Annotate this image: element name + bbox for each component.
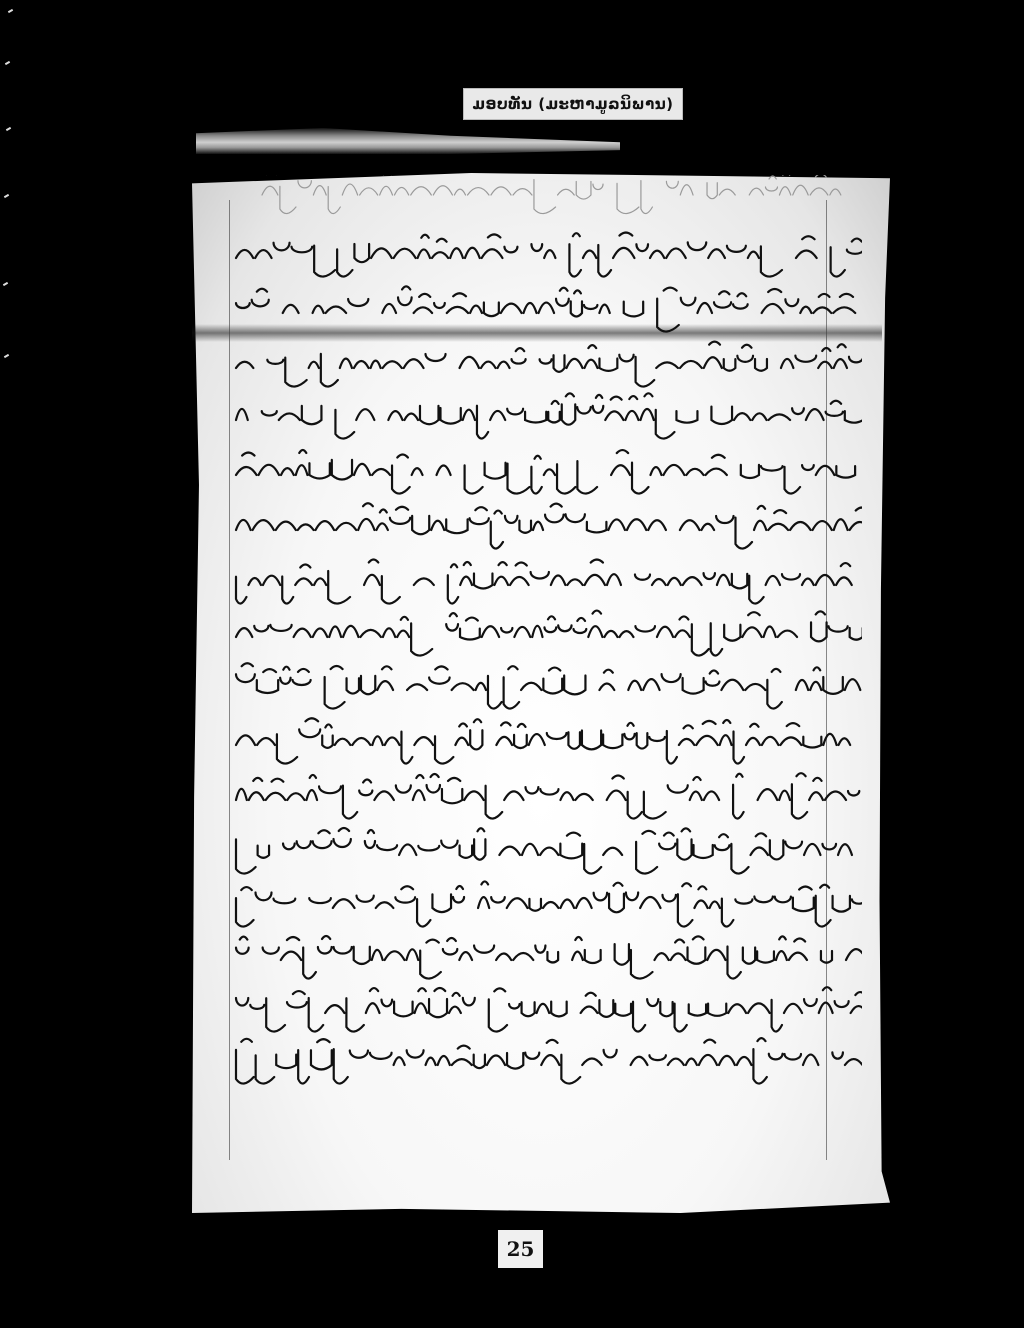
collection-title-label: ມອບທັນ (ມະຫາມູລນິພານ) xyxy=(463,88,683,120)
script-line xyxy=(236,936,862,979)
scan-speck xyxy=(4,354,9,358)
script-line xyxy=(262,175,841,214)
scan-speck xyxy=(8,9,13,13)
script-line xyxy=(236,663,860,708)
scan-speck xyxy=(4,194,9,198)
script-line xyxy=(236,773,859,818)
script-line xyxy=(236,503,862,548)
script-line xyxy=(236,393,862,438)
script-line xyxy=(236,450,855,494)
script-line xyxy=(236,233,862,277)
script-line xyxy=(236,286,855,331)
scan-speck xyxy=(6,127,11,131)
script-line xyxy=(236,987,862,1031)
script-line xyxy=(236,1038,862,1083)
scan-speck xyxy=(5,61,10,65)
script-line xyxy=(236,611,862,656)
page-number: 25 xyxy=(498,1230,543,1268)
script-line xyxy=(236,881,862,926)
script-line xyxy=(236,828,852,874)
script-line xyxy=(236,718,850,763)
scan-speck xyxy=(3,282,8,286)
script-line xyxy=(236,559,852,603)
left-margin-rule xyxy=(229,200,230,1160)
handwritten-script-lines xyxy=(232,175,862,1095)
script-line xyxy=(236,342,862,387)
torn-previous-leaf-strip xyxy=(196,128,620,154)
